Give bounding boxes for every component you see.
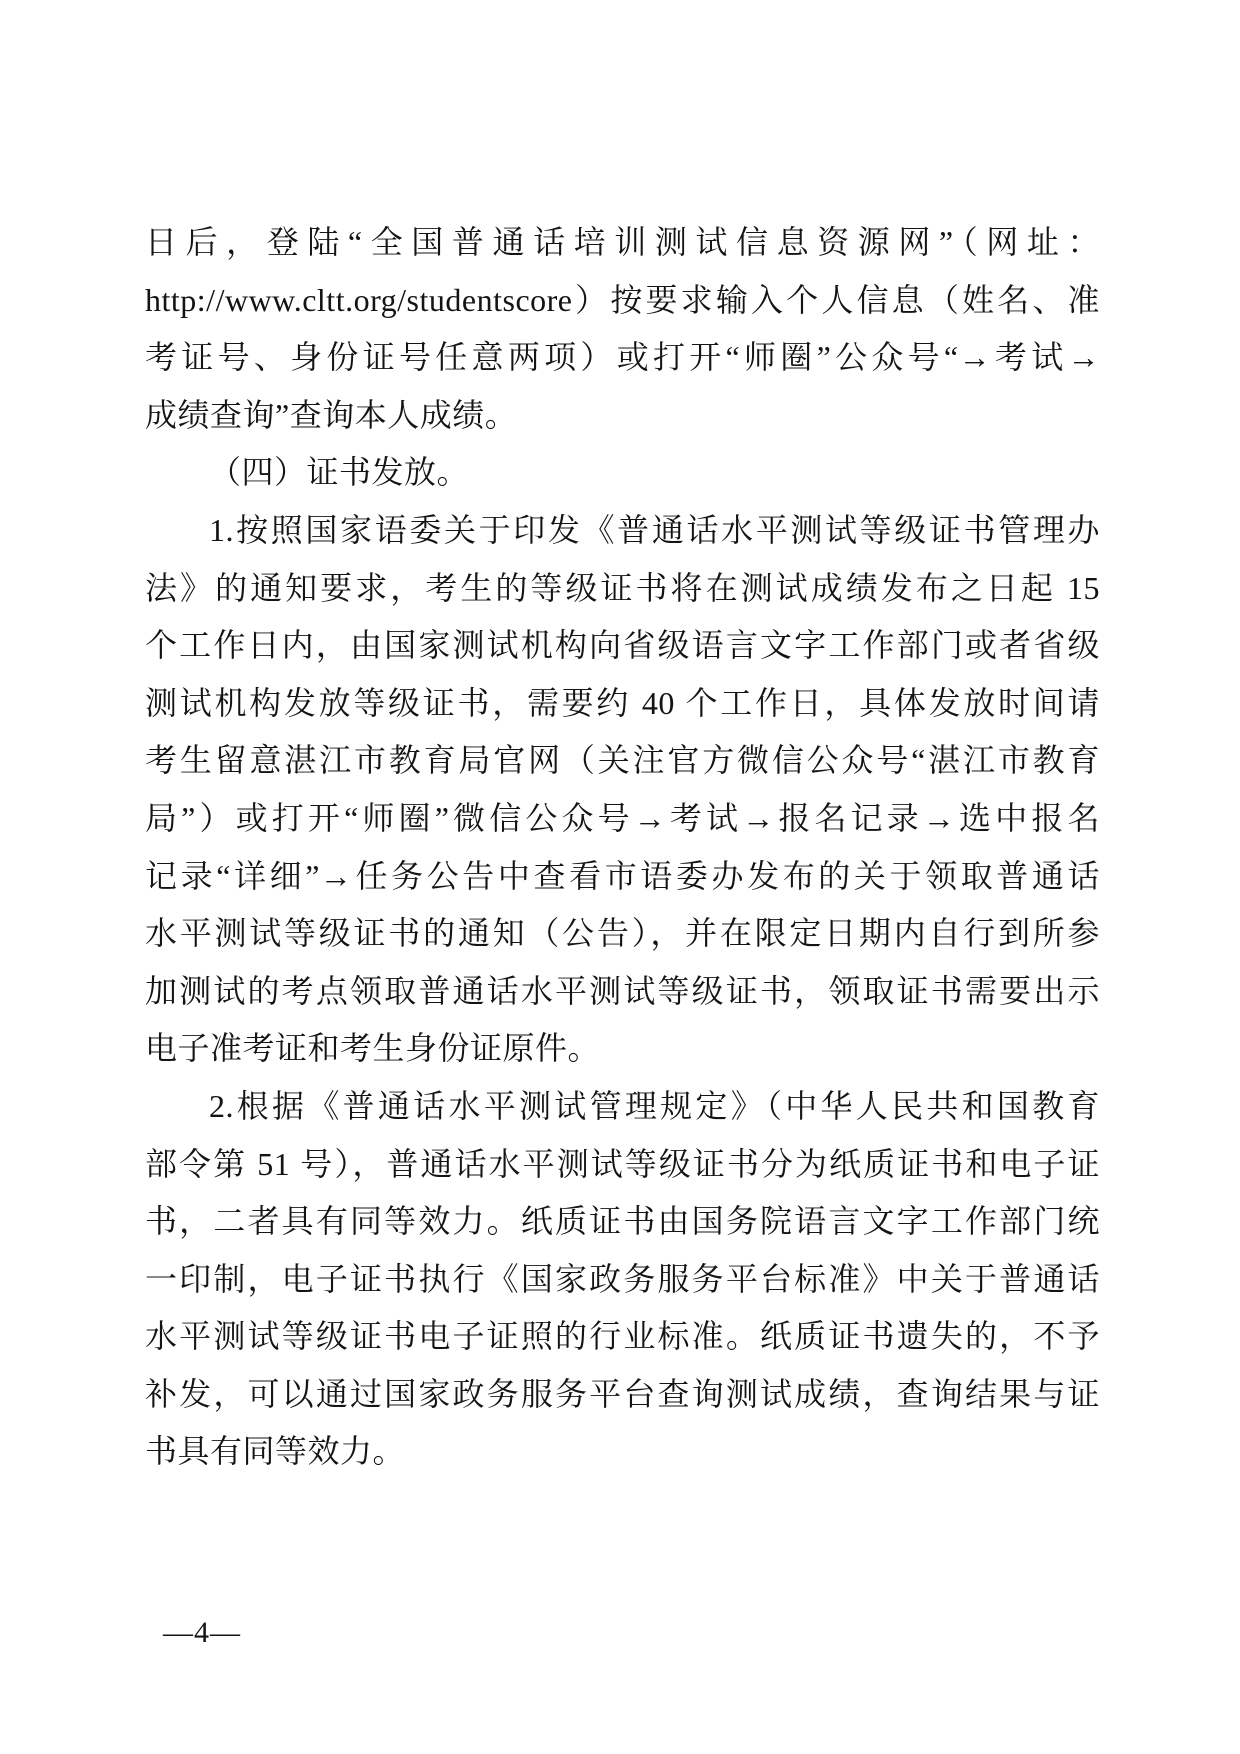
text-line: 补发，可以通过国家政务服务平台查询测试成绩，查询结果与证: [145, 1366, 1100, 1424]
text-line: 局”）或打开“师圈”微信公众号→考试→报名记录→选中报名: [145, 790, 1100, 848]
text-line: 记录“详细”→任务公告中查看市语委办发布的关于领取普通话: [145, 848, 1100, 906]
text-line: 2.根据《普通话水平测试管理规定》（中华人民共和国教育: [145, 1078, 1100, 1136]
text-line: 测试机构发放等级证书，需要约 40 个工作日，具体发放时间请: [145, 675, 1100, 733]
text-line: 电子准考证和考生身份证原件。: [145, 1020, 1100, 1078]
document-page: 日后，登陆“全国普通话培训测试信息资源网”（网址： http://www.clt…: [0, 0, 1240, 1754]
text-line: 水平测试等级证书的通知（公告），并在限定日期内自行到所参: [145, 905, 1100, 963]
page-number: —4—: [163, 1613, 241, 1653]
text-line: 法》的通知要求，考生的等级证书将在测试成绩发布之日起 15: [145, 560, 1100, 618]
text-line: 1.按照国家语委关于印发《普通话水平测试等级证书管理办: [145, 502, 1100, 560]
text-line: 部令第 51 号），普通话水平测试等级证书分为纸质证书和电子证: [145, 1136, 1100, 1194]
text-line: 水平测试等级证书电子证照的行业标准。纸质证书遗失的，不予: [145, 1308, 1100, 1366]
text-line: 日后，登陆“全国普通话培训测试信息资源网”（网址：: [145, 214, 1100, 272]
text-line: 一印制，电子证书执行《国家政务服务平台标准》中关于普通话: [145, 1251, 1100, 1309]
text-line: 考生留意湛江市教育局官网（关注官方微信公众号“湛江市教育: [145, 732, 1100, 790]
text-line: 考证号、身份证号任意两项）或打开“师圈”公众号“→考试→: [145, 329, 1100, 387]
document-body: 日后，登陆“全国普通话培训测试信息资源网”（网址： http://www.clt…: [145, 214, 1100, 1481]
text-line: 成绩查询”查询本人成绩。: [145, 387, 1100, 445]
text-line: 书具有同等效力。: [145, 1423, 1100, 1481]
text-line: 加测试的考点领取普通话水平测试等级证书，领取证书需要出示: [145, 963, 1100, 1021]
text-line: 书，二者具有同等效力。纸质证书由国务院语言文字工作部门统: [145, 1193, 1100, 1251]
text-line: 个工作日内，由国家测试机构向省级语言文字工作部门或者省级: [145, 617, 1100, 675]
section-heading: （四）证书发放。: [145, 444, 1100, 502]
text-line: http://www.cltt.org/studentscore）按要求输入个人…: [145, 272, 1100, 330]
